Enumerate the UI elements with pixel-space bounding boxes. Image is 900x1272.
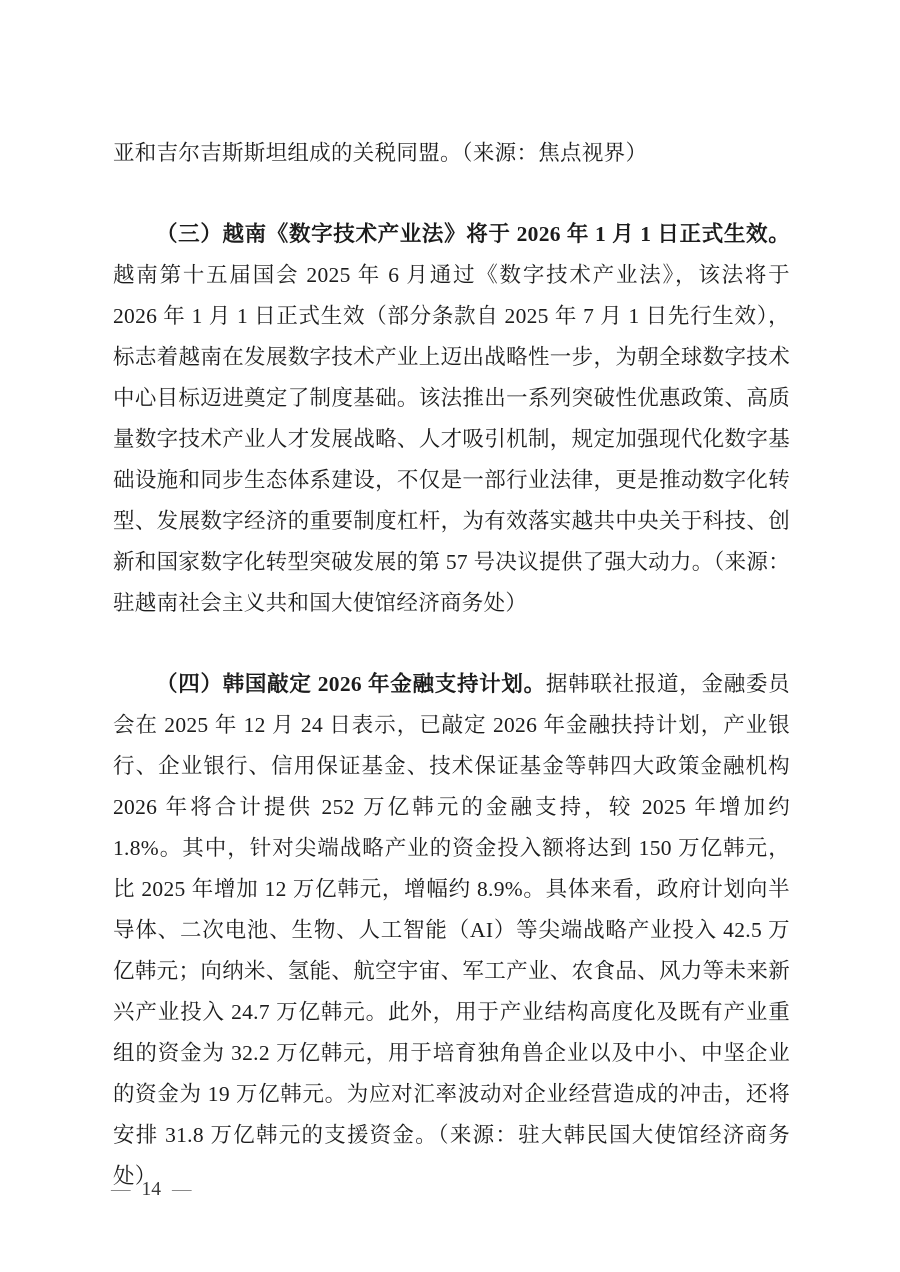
footer-right-dash: — [172,1179,192,1200]
section-body-4: 据韩联社报道，金融委员会在 2025 年 12 月 24 日表示，已敲定 202… [113,672,790,1188]
footer-left-dash: — [111,1179,131,1200]
page-number: 14 [131,1179,173,1200]
section-paragraph-korea: （四）韩国敲定 2026 年金融支持计划。据韩联社报道，金融委员会在 2025 … [113,664,790,1197]
paragraph-text: 亚和吉尔吉斯斯坦组成的关税同盟。（来源：焦点视界） [113,141,647,165]
section-body-3: 越南第十五届国会 2025 年 6 月通过《数字技术产业法》，该法将于 2026… [113,263,790,615]
section-heading-4: （四）韩国敲定 2026 年金融支持计划。 [156,672,546,696]
page-footer: —14— [111,1178,192,1202]
section-heading-3: （三）越南《数字技术产业法》将于 2026 年 1 月 1 日正式生效。 [156,222,790,246]
document-page: 亚和吉尔吉斯斯坦组成的关税同盟。（来源：焦点视界） （三）越南《数字技术产业法》… [0,0,900,1272]
page-body: 亚和吉尔吉斯斯坦组成的关税同盟。（来源：焦点视界） （三）越南《数字技术产业法》… [113,133,790,1237]
paragraph-continuation: 亚和吉尔吉斯斯坦组成的关税同盟。（来源：焦点视界） [113,133,790,174]
section-paragraph-vietnam: （三）越南《数字技术产业法》将于 2026 年 1 月 1 日正式生效。越南第十… [113,214,790,624]
